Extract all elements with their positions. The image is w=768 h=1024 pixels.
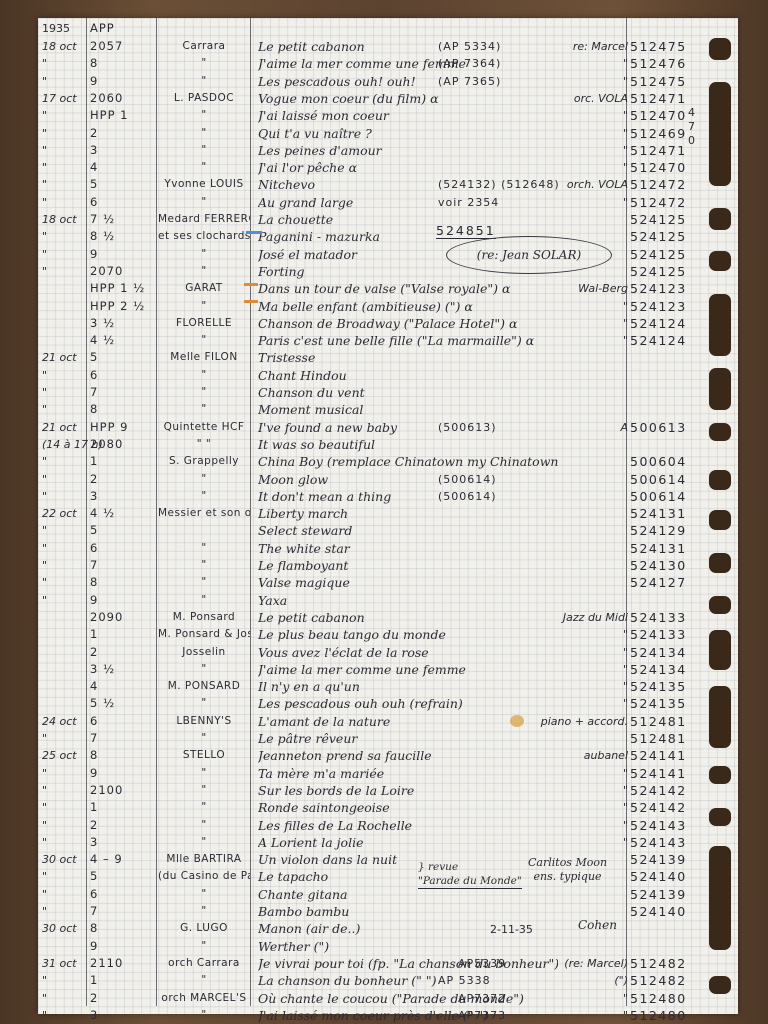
entry-artist: GARAT (158, 280, 250, 297)
ledger-row: "1"La chanson du bonheur (" ")AP 5338(")… (38, 972, 706, 989)
entry-artist: " (158, 834, 250, 851)
entry-note: A (508, 419, 628, 436)
entry-artist: LBENNY'S (158, 713, 250, 730)
entry-artist: " (158, 159, 250, 176)
entry-note: " (508, 142, 628, 159)
entry-date: " (42, 972, 86, 989)
entry-number: 8 (90, 747, 154, 764)
entry-number: 9 (90, 938, 154, 955)
entry-note: " (508, 125, 628, 142)
entry-artist: " (158, 765, 250, 782)
entry-matrix: 524139 (630, 886, 704, 903)
binder-hole (709, 808, 731, 826)
ledger-row: "7"Chanson du vent (38, 384, 706, 401)
entry-date: " (42, 834, 86, 851)
entry-number: 2110 (90, 955, 154, 972)
entry-note: piano + accord. (508, 713, 628, 730)
entry-artist: " (158, 972, 250, 989)
entry-number: HPP 2 ½ (90, 298, 154, 315)
entry-number: 1 (90, 799, 154, 816)
entry-number: 5 (90, 522, 154, 539)
entry-title: Liberty march (258, 505, 558, 522)
entry-number: 9 (90, 73, 154, 90)
entry-matrix: 524125 (630, 211, 704, 228)
ledger-page: 1935 APP 18 oct2057CarraraLe petit caban… (38, 18, 738, 1014)
entry-matrix: 500614 (630, 488, 704, 505)
entry-reference: (500614) (438, 471, 598, 488)
entry-title: Tristesse (258, 349, 558, 366)
entry-date: 18 oct (42, 38, 86, 55)
entry-date: " (42, 990, 86, 1007)
entry-artist: " (158, 903, 250, 920)
entry-matrix: 524143 (630, 834, 704, 851)
entry-artist: M. Ponsard & Josselin (158, 626, 250, 643)
entry-matrix: 524140 (630, 903, 704, 920)
ledger-row: 4M. PONSARDIl n'y en a qu'un"524135 (38, 678, 706, 695)
carlitos-line-1: Carlitos Moon (528, 856, 607, 870)
ledger-row: "8"Moment musical (38, 401, 706, 418)
entry-artist: Messier et son orch. (158, 505, 250, 522)
carlitos-annotation: Carlitos Moon ens. typique (528, 856, 607, 884)
entry-note: " (508, 990, 628, 1007)
entry-date: 21 oct (42, 419, 86, 436)
entry-note: orch. VOLA (508, 176, 628, 193)
entry-artist: (du Casino de Paris) (158, 868, 250, 885)
entry-date: " (42, 540, 86, 557)
entry-number: 1 (90, 626, 154, 643)
entry-matrix: 512475 (630, 38, 704, 55)
entry-matrix: 500613 (630, 419, 704, 436)
entry-matrix: 524140 (630, 868, 704, 885)
ledger-row: 9"Werther (") (38, 938, 706, 955)
underlined-number-annotation: 524851 (436, 223, 496, 239)
entry-matrix: 500614 (630, 471, 704, 488)
entry-matrix: 524129 (630, 522, 704, 539)
entry-date: " (42, 868, 86, 885)
entry-matrix: 512471 (630, 90, 704, 107)
ledger-row: HPP 1 ½GARATDans un tour de valse ("Vals… (38, 280, 706, 297)
entry-note: " (508, 298, 628, 315)
entry-artist: orch MARCEL'S (158, 990, 250, 1007)
entry-artist: " (158, 886, 250, 903)
entry-note: " (508, 799, 628, 816)
entry-number: HPP 9 (90, 419, 154, 436)
entry-number: 5 ½ (90, 695, 154, 712)
entry-matrix: 524141 (630, 747, 704, 764)
entry-title: Le flamboyant (258, 557, 558, 574)
entry-artist: " (158, 540, 250, 557)
ledger-row: "8 ½et ses clochardsPaganini - mazurka52… (38, 228, 706, 245)
ledger-row: 31 oct2110orch CarraraJe vivrai pour toi… (38, 955, 706, 972)
entry-artist: " (158, 298, 250, 315)
ledger-row: "3"A Lorient la jolie"524143 (38, 834, 706, 851)
entry-note: " (508, 315, 628, 332)
entry-matrix: 524134 (630, 644, 704, 661)
entry-date: " (42, 263, 86, 280)
entry-title: Le pâtre rêveur (258, 730, 558, 747)
entry-artist: " (158, 1007, 250, 1024)
entry-artist: L. PASDOC (158, 90, 250, 107)
entry-date: " (42, 384, 86, 401)
ledger-row: 1M. Ponsard & JosselinLe plus beau tango… (38, 626, 706, 643)
entry-date: " (42, 471, 86, 488)
bracket-note: 4 7 0 (688, 106, 700, 148)
entry-date: 17 oct (42, 90, 86, 107)
entry-note: " (508, 55, 628, 72)
entry-matrix: 524124 (630, 315, 704, 332)
header-row: 1935 APP (38, 20, 706, 37)
entry-matrix: 512480 (630, 1007, 704, 1024)
entry-note: " (508, 644, 628, 661)
binder-hole (709, 510, 731, 530)
entry-date: " (42, 176, 86, 193)
entry-matrix: 512482 (630, 972, 704, 989)
revue-line-2: "Parade du Monde" (418, 874, 522, 889)
entry-date: " (42, 142, 86, 159)
ledger-row: "9"Yaxa (38, 592, 706, 609)
entry-artist: " (158, 384, 250, 401)
ledger-row: 2090M. PonsardLe petit cabanonJazz du Mi… (38, 609, 706, 626)
ledger-row: 22 oct4 ½Messier et son orch.Liberty mar… (38, 505, 706, 522)
binder-hole (709, 38, 731, 60)
entry-number: 9 (90, 765, 154, 782)
entry-note: " (508, 626, 628, 643)
ledger-row: 18 oct2057CarraraLe petit cabanon(AP 533… (38, 38, 706, 55)
ledger-row: 17 oct2060L. PASDOCVogue mon coeur (du f… (38, 90, 706, 107)
entry-matrix: 512476 (630, 55, 704, 72)
entry-artist: FLORELLE (158, 315, 250, 332)
entry-title: Yaxa (258, 592, 558, 609)
entry-number: 2 (90, 817, 154, 834)
ledger-row: "6"Au grand largevoir 2354"512472 (38, 194, 706, 211)
ledger-row: "1"Ronde saintongeoise"524142 (38, 799, 706, 816)
ledger-row: 18 oct7 ½Medard FERREROLa chouette524125 (38, 211, 706, 228)
ledger-row: "2orch MARCEL'SOù chante le coucou ("Par… (38, 990, 706, 1007)
binder-hole (709, 368, 731, 410)
entry-artist: S. Grappelly (158, 453, 250, 470)
entry-note: " (508, 1007, 628, 1024)
entry-number: 1 (90, 453, 154, 470)
entry-number: 5 (90, 176, 154, 193)
ledger-row: 2JosselinVous avez l'éclat de la rose"52… (38, 644, 706, 661)
entry-date: 25 oct (42, 747, 86, 764)
entry-number: 2 (90, 644, 154, 661)
entry-number: 6 (90, 713, 154, 730)
entry-matrix: 524135 (630, 695, 704, 712)
entry-artist: " (158, 332, 250, 349)
ledger-row: HPP 2 ½"Ma belle enfant (ambitieuse) (")… (38, 298, 706, 315)
entry-note: " (508, 107, 628, 124)
binder-hole (709, 82, 731, 186)
entry-number: 6 (90, 540, 154, 557)
entry-matrix: 524139 (630, 851, 704, 868)
entry-date: " (42, 730, 86, 747)
entry-artist: " (158, 263, 250, 280)
entry-number: 2057 (90, 38, 154, 55)
entry-number: 7 (90, 557, 154, 574)
entry-artist: " (158, 661, 250, 678)
entry-number: 7 (90, 384, 154, 401)
ledger-row: 24 oct6LBENNY'SL'amant de la naturepiano… (38, 713, 706, 730)
entry-note: " (508, 73, 628, 90)
entry-number: 8 ½ (90, 228, 154, 245)
entry-date: 24 oct (42, 713, 86, 730)
entry-number: 2 (90, 471, 154, 488)
entry-artist: " (158, 938, 250, 955)
entry-artist: M. Ponsard (158, 609, 250, 626)
ledger-row: "3"Les peines d'amour"512471 (38, 142, 706, 159)
entry-artist: STELLO (158, 747, 250, 764)
entry-number: 2080 (90, 436, 154, 453)
entry-artist: " (158, 246, 250, 263)
entry-artist: et ses clochards (158, 228, 250, 245)
entry-date: 18 oct (42, 211, 86, 228)
entry-note: " (508, 695, 628, 712)
entry-artist: " (158, 471, 250, 488)
entry-date: " (42, 488, 86, 505)
entry-number: 7 (90, 730, 154, 747)
entry-artist: " (158, 557, 250, 574)
entry-number: 3 (90, 1007, 154, 1024)
entry-matrix: 512481 (630, 713, 704, 730)
entry-matrix: 524124 (630, 332, 704, 349)
binder-hole (709, 553, 731, 573)
entry-date: " (42, 55, 86, 72)
ledger-row: "6"Chant Hindou (38, 367, 706, 384)
entry-matrix: 524125 (630, 246, 704, 263)
entry-note: Wal-Berg (508, 280, 628, 297)
binder-hole (709, 423, 731, 441)
revue-annotation: } revue "Parade du Monde" (418, 860, 522, 889)
entry-number: 6 (90, 194, 154, 211)
binder-hole (709, 976, 731, 994)
entry-date: " (42, 228, 86, 245)
entry-artist: " (158, 125, 250, 142)
entry-matrix: 512470 (630, 159, 704, 176)
entry-matrix: 512481 (630, 730, 704, 747)
entry-artist: " (158, 695, 250, 712)
entry-note: Jazz du Midi (508, 609, 628, 626)
entry-note: " (508, 159, 628, 176)
ledger-row: 25 oct8STELLOJeanneton prend sa faucille… (38, 747, 706, 764)
ledger-row: 3 ½FLORELLEChanson de Broadway ("Palace … (38, 315, 706, 332)
entry-title: The white star (258, 540, 558, 557)
entry-note: " (508, 817, 628, 834)
entry-artist: " (158, 799, 250, 816)
entry-title: It was so beautiful (258, 436, 558, 453)
entry-number: 6 (90, 886, 154, 903)
entry-matrix: 524142 (630, 782, 704, 799)
entry-date: " (42, 765, 86, 782)
entry-number: 9 (90, 592, 154, 609)
orange-pencil-mark (244, 283, 258, 286)
ledger-row: "5Select steward524129 (38, 522, 706, 539)
entry-note: " (508, 332, 628, 349)
entry-note: aubanel (508, 747, 628, 764)
entry-number: 8 (90, 574, 154, 591)
entry-number: 5 (90, 868, 154, 885)
entry-number: 6 (90, 367, 154, 384)
entry-number: 2 (90, 990, 154, 1007)
entry-date: " (42, 799, 86, 816)
ledger-row: "2"Moon glow(500614)500614 (38, 471, 706, 488)
entry-date: " (42, 367, 86, 384)
entry-title: Werther (") (258, 938, 558, 955)
ledger-row: "2070"Forting524125 (38, 263, 706, 280)
entry-title: Moment musical (258, 401, 558, 418)
ink-stain (510, 715, 524, 727)
entry-matrix: 524130 (630, 557, 704, 574)
header-year: 1935 (42, 20, 86, 37)
revue-line-1: } revue (418, 860, 522, 874)
entry-artist: " (158, 367, 250, 384)
entry-matrix: 512472 (630, 194, 704, 211)
entry-number: 7 ½ (90, 211, 154, 228)
entry-title: Chanson du vent (258, 384, 558, 401)
ledger-row: 5 ½"Les pescadous ouh ouh (refrain)"5241… (38, 695, 706, 712)
ledger-row: "5Yvonne LOUISNitchevo(524132) (512648)o… (38, 176, 706, 193)
entry-number: 8 (90, 401, 154, 418)
entry-date: 30 oct (42, 851, 86, 868)
entry-note: " (508, 765, 628, 782)
entry-date: " (42, 574, 86, 591)
entry-artist: M. PONSARD (158, 678, 250, 695)
ledger-row: "7"Le flamboyant524130 (38, 557, 706, 574)
ledger-row: "9"Ta mère m'a mariée"524141 (38, 765, 706, 782)
entry-matrix: 512472 (630, 176, 704, 193)
entry-artist: " (158, 107, 250, 124)
entry-number: 4 (90, 159, 154, 176)
entry-date: " (42, 125, 86, 142)
entry-number: 2100 (90, 782, 154, 799)
entry-artist: Medard FERRERO (158, 211, 250, 228)
entry-matrix: 524133 (630, 609, 704, 626)
entry-matrix: 524127 (630, 574, 704, 591)
entry-matrix: 524141 (630, 765, 704, 782)
entry-date: " (42, 246, 86, 263)
circled-note-annotation: (re: Jean SOLAR) (446, 236, 612, 274)
entry-matrix: 500604 (630, 453, 704, 470)
ledger-row: "2"Qui t'a vu naître ?"512469 (38, 125, 706, 142)
ledger-row: (14 à 17 h)2080" "It was so beautiful (38, 436, 706, 453)
entry-matrix: 524134 (630, 661, 704, 678)
ledger-row: "7"Le pâtre rêveur512481 (38, 730, 706, 747)
ledger-row: 21 octHPP 9Quintette HCFI've found a new… (38, 419, 706, 436)
entry-matrix: 524135 (630, 678, 704, 695)
entry-date: 21 oct (42, 349, 86, 366)
entry-matrix: 524131 (630, 540, 704, 557)
binder-hole (709, 470, 731, 490)
entry-date: 22 oct (42, 505, 86, 522)
entry-number: 4 – 9 (90, 851, 154, 868)
entry-date: " (42, 107, 86, 124)
entry-date: " (42, 592, 86, 609)
entry-number: 2 (90, 125, 154, 142)
binder-hole (709, 630, 731, 670)
ledger-row: "8"J'aime la mer comme une femme(AP 7364… (38, 55, 706, 72)
entry-date: (14 à 17 h) (42, 436, 86, 453)
binder-hole (709, 596, 731, 614)
entry-number: HPP 1 ½ (90, 280, 154, 297)
entry-note: " (508, 834, 628, 851)
entry-artist: " (158, 401, 250, 418)
entry-artist: " (158, 592, 250, 609)
entry-number: 2060 (90, 90, 154, 107)
entry-note: " (508, 678, 628, 695)
entry-number: 8 (90, 55, 154, 72)
cohen-annotation: Cohen (578, 918, 617, 932)
ledger-row: "3"J'ai laissé mon coeur près d'elle (" … (38, 1007, 706, 1024)
entry-artist: " (158, 488, 250, 505)
blue-pencil-mark (246, 231, 262, 234)
date-annotation: 2-11-35 (490, 923, 533, 936)
entry-artist: " (158, 194, 250, 211)
entry-date: 31 oct (42, 955, 86, 972)
ledger-row: "8"Valse magique524127 (38, 574, 706, 591)
entry-date: " (42, 159, 86, 176)
entry-number: 4 ½ (90, 505, 154, 522)
entry-matrix: 512482 (630, 955, 704, 972)
entry-number: 2090 (90, 609, 154, 626)
entry-artist: Carrara (158, 38, 250, 55)
entry-date: " (42, 817, 86, 834)
entry-artist: " (158, 142, 250, 159)
entry-title: Bambo bambu (258, 903, 558, 920)
entry-matrix: 524123 (630, 298, 704, 315)
carlitos-line-2: ens. typique (528, 870, 607, 884)
entry-number: HPP 1 (90, 107, 154, 124)
orange-pencil-mark (244, 300, 258, 303)
entry-matrix: 524125 (630, 228, 704, 245)
entry-title: Chant Hindou (258, 367, 558, 384)
entry-note: (re: Marcel) (508, 955, 628, 972)
entry-number: 5 (90, 349, 154, 366)
ledger-row: "6"The white star524131 (38, 540, 706, 557)
entry-number: 4 ½ (90, 332, 154, 349)
binder-hole (709, 686, 731, 748)
entry-date: " (42, 73, 86, 90)
entry-number: 3 (90, 142, 154, 159)
ledger-row: 21 oct5Melle FILONTristesse (38, 349, 706, 366)
entry-artist: " (158, 55, 250, 72)
entry-note: re: Marcel (508, 38, 628, 55)
entry-title: China Boy (remplace Chinatown my Chinato… (258, 453, 558, 470)
binder-holes (706, 18, 736, 1014)
entry-matrix: 524125 (630, 263, 704, 280)
entry-artist: Yvonne LOUIS (158, 176, 250, 193)
ledger-row: "2"Les filles de La Rochelle"524143 (38, 817, 706, 834)
entry-title: La chouette (258, 211, 558, 228)
entry-number: 3 ½ (90, 315, 154, 332)
ledger-row: 3 ½"J'aime la mer comme une femme"524134 (38, 661, 706, 678)
binder-hole (709, 208, 731, 230)
ledger-row: "3"It don't mean a thing(500614)500614 (38, 488, 706, 505)
ledger-row: "1S. GrappellyChina Boy (remplace Chinat… (38, 453, 706, 470)
ledger-row: "4"J'ai l'or pêche α"512470 (38, 159, 706, 176)
entry-artist: " (158, 817, 250, 834)
entry-artist: " (158, 782, 250, 799)
entry-matrix: 524131 (630, 505, 704, 522)
entry-title: Valse magique (258, 574, 558, 591)
entry-number: 1 (90, 972, 154, 989)
entry-artist: Josselin (158, 644, 250, 661)
entry-note: " (508, 782, 628, 799)
entry-number: 3 (90, 834, 154, 851)
entry-date: " (42, 1007, 86, 1024)
entry-number: 8 (90, 920, 154, 937)
ledger-row: "HPP 1"J'ai laissé mon coeur"512470 (38, 107, 706, 124)
binder-hole (709, 251, 731, 271)
